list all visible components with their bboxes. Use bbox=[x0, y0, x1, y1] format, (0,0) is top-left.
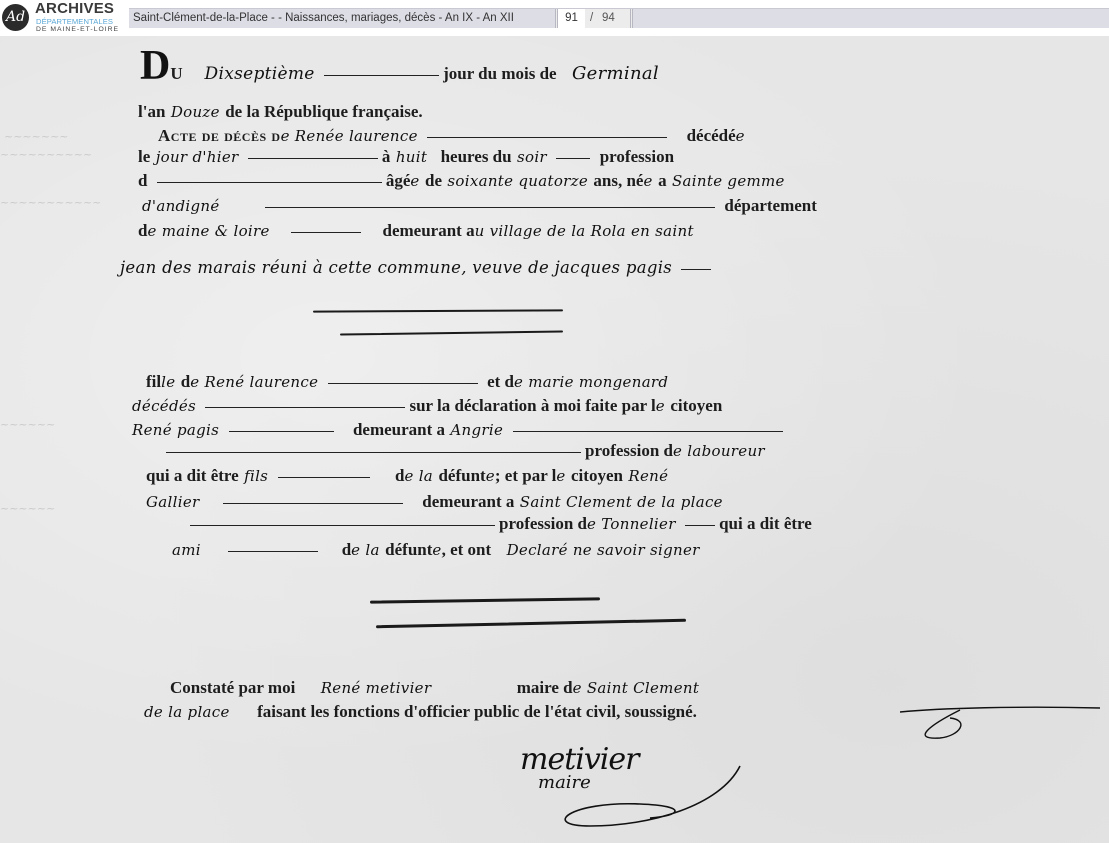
printed-text: d bbox=[342, 540, 351, 559]
handwritten-witness-residence: Saint Clement de la place bbox=[520, 493, 723, 511]
handwritten-father-name: e René laurence bbox=[190, 373, 318, 391]
bleed-through-text: ~~~~~~~~~~ bbox=[0, 148, 92, 161]
printed-text: profession bbox=[600, 147, 674, 166]
handwritten-time-of-day: soir bbox=[517, 148, 547, 166]
blank-line bbox=[291, 231, 361, 233]
printed-text: âgé bbox=[386, 171, 411, 190]
handwritten-suffix: e bbox=[410, 172, 419, 190]
handwritten-month: Germinal bbox=[572, 63, 659, 84]
printed-text: citoyen bbox=[670, 396, 722, 415]
form-line-14: Gallier demeurant a Saint Clement de la … bbox=[146, 492, 723, 512]
form-line-13: qui a dit être fils de la défunte; et pa… bbox=[146, 466, 668, 486]
printed-text: profession d bbox=[499, 514, 587, 533]
printed-text: et d bbox=[487, 372, 514, 391]
bleed-through-text: ~~~~~~ bbox=[0, 418, 55, 431]
blank-line bbox=[157, 181, 382, 183]
closing-stroke bbox=[340, 330, 563, 335]
handwritten-declarant-profession: e laboureur bbox=[673, 442, 765, 460]
blank-line bbox=[685, 524, 715, 526]
blank-line bbox=[556, 157, 590, 159]
blank-line bbox=[205, 406, 405, 408]
form-line-7: de maine & loire demeurant au village de… bbox=[138, 221, 694, 241]
form-line-16: ami de la défunte, et ont Declaré ne sav… bbox=[172, 540, 700, 560]
blank-line bbox=[190, 524, 495, 526]
printed-text: d bbox=[181, 372, 190, 391]
signature-paraph-icon bbox=[900, 700, 1100, 750]
handwritten-age: soixante quatorze bbox=[447, 172, 588, 190]
form-line-11: René pagis demeurant a Angrie bbox=[132, 420, 787, 440]
initial-letter: D bbox=[140, 43, 170, 89]
printed-text: Acte de décès d bbox=[158, 126, 281, 145]
scanned-page: ~~~~~~~ ~~~~~~~~~~ ~~~~~~~~~~~ ~~~~~~ ~~… bbox=[0, 36, 1109, 843]
form-line-2: l'an Douze de la République française. bbox=[138, 102, 423, 122]
form-line-10: décédés sur la déclaration à moi faite p… bbox=[132, 396, 722, 416]
form-line-15: profession de Tonnelier qui a dit être bbox=[186, 514, 812, 534]
printed-text: citoyen bbox=[571, 466, 623, 485]
handwritten-relation: fils bbox=[244, 467, 268, 485]
page-separator: / bbox=[590, 10, 593, 27]
printed-text: U bbox=[170, 64, 183, 83]
printed-text: sur la déclaration à moi faite par l bbox=[409, 396, 655, 415]
printed-text: ans, né bbox=[593, 171, 643, 190]
form-line-9: fille de René laurence et de marie monge… bbox=[146, 372, 668, 392]
printed-text: de la République française. bbox=[225, 102, 422, 121]
handwritten-birthplace-cont: d'andigné bbox=[142, 197, 220, 215]
printed-text: demeurant a bbox=[383, 221, 475, 240]
handwritten-department: e maine & loire bbox=[147, 222, 269, 240]
handwritten-parents-status: décédés bbox=[132, 397, 196, 415]
blank-line bbox=[427, 136, 667, 138]
blank-line bbox=[513, 430, 783, 432]
handwritten-mother-name: e marie mongenard bbox=[514, 373, 668, 391]
signature-flourish-icon bbox=[530, 756, 760, 836]
blank-line bbox=[278, 476, 370, 478]
handwritten-when: jour d'hier bbox=[156, 148, 239, 166]
handwritten-residence-cont: jean des marais réuni à cette commune, v… bbox=[120, 258, 672, 277]
handwritten-deceased-name: e Renée laurence bbox=[281, 127, 418, 145]
handwritten-hour: huit bbox=[396, 148, 427, 166]
document-title: Saint-Clément-de-la-Place - - Naissances… bbox=[133, 10, 514, 27]
handwritten-year: Douze bbox=[171, 103, 220, 121]
printed-text: maire d bbox=[517, 678, 573, 697]
title-bar: Saint-Clément-de-la-Place - - Naissances… bbox=[129, 8, 1109, 28]
form-line-12: profession de laboureur bbox=[162, 441, 765, 461]
handwritten-officer-name: René metivier bbox=[321, 679, 432, 697]
handwritten-suffix: e bbox=[486, 467, 495, 485]
closing-stroke bbox=[313, 309, 563, 312]
printed-text: Constaté par moi bbox=[170, 678, 295, 697]
handwritten-witness-lastname: Gallier bbox=[146, 493, 199, 511]
printed-text: d bbox=[138, 171, 147, 190]
page-number-input[interactable] bbox=[558, 9, 585, 28]
printed-text: de bbox=[425, 171, 442, 190]
printed-text: décédé bbox=[687, 126, 736, 145]
form-line-4: le jour d'hier à huit heures du soir pro… bbox=[138, 147, 674, 167]
form-line-3: Acte de décès de Renée laurence décédée bbox=[158, 126, 745, 146]
handwritten-day: Dixseptième bbox=[205, 64, 315, 84]
printed-text: a bbox=[658, 171, 667, 190]
blank-line bbox=[228, 550, 318, 552]
printed-text: à bbox=[382, 147, 391, 166]
bleed-through-text: ~~~~~~ bbox=[0, 502, 55, 515]
form-line-18: de la place faisant les fonctions d'offi… bbox=[144, 702, 697, 722]
handwritten-declarant-name: René pagis bbox=[132, 421, 219, 439]
form-line-5: d âgée de soixante quatorze ans, née a S… bbox=[138, 171, 785, 191]
printed-text: département bbox=[724, 196, 817, 215]
printed-text: le bbox=[138, 147, 150, 166]
handwritten-suffix: e bbox=[643, 172, 652, 190]
blank-line bbox=[166, 451, 581, 453]
bleed-through-text: ~~~~~~~~~~~ bbox=[0, 196, 101, 209]
logo-subtitle-1: DÉPARTEMENTALES bbox=[36, 17, 113, 26]
handwritten-witness-profession: e Tonnelier bbox=[587, 515, 676, 533]
printed-text: faisant les fonctions d'officier public … bbox=[257, 702, 697, 721]
handwritten-residence: u village de la Rola en saint bbox=[475, 222, 694, 240]
printed-text: défunt bbox=[385, 540, 432, 559]
handwritten-suffix: e bbox=[556, 467, 565, 485]
handwritten-commune: e Saint Clement bbox=[573, 679, 700, 697]
closing-stroke bbox=[370, 597, 600, 603]
handwritten-declaration: Declaré ne savoir signer bbox=[507, 541, 700, 559]
logo-badge-icon: Ad bbox=[2, 4, 29, 31]
blank-line bbox=[229, 430, 334, 432]
printed-text: demeurant a bbox=[422, 492, 514, 511]
printed-text: heures du bbox=[441, 147, 512, 166]
printed-text: l'an bbox=[138, 102, 165, 121]
form-line-6: d'andigné département bbox=[142, 196, 817, 216]
handwritten-suffix: e bbox=[432, 541, 441, 559]
logo-title: ARCHIVES bbox=[35, 1, 114, 16]
archives-logo[interactable]: Ad ARCHIVES DÉPARTEMENTALES DE MAINE-ET-… bbox=[0, 0, 130, 36]
document-viewer[interactable]: ~~~~~~~ ~~~~~~~~~~ ~~~~~~~~~~~ ~~~~~~ ~~… bbox=[0, 36, 1109, 843]
printed-text: ; et par l bbox=[495, 466, 557, 485]
form-line-1: DU Dixseptième jour du mois de Germinal bbox=[140, 56, 659, 84]
bleed-through-text: ~~~~~~~ bbox=[4, 130, 69, 143]
blank-line bbox=[248, 157, 378, 159]
handwritten-birthplace: Sainte gemme bbox=[672, 172, 785, 190]
printed-text: jour du mois de bbox=[443, 64, 557, 83]
handwritten-suffix: e bbox=[736, 127, 745, 145]
form-line-8: jean des marais réuni à cette commune, v… bbox=[120, 258, 715, 278]
handwritten-suffix: e la bbox=[351, 541, 380, 559]
handwritten-witness-relation: ami bbox=[172, 541, 201, 559]
printed-text: demeurant a bbox=[353, 420, 445, 439]
printed-text: qui a dit être bbox=[146, 466, 239, 485]
blank-line bbox=[328, 382, 478, 384]
handwritten-declarant-residence: Angrie bbox=[450, 421, 503, 439]
handwritten-suffix: e bbox=[656, 397, 665, 415]
printed-text: fil bbox=[146, 372, 161, 391]
blank-line bbox=[265, 206, 715, 208]
handwritten-suffix: e la bbox=[404, 467, 433, 485]
top-bar: Ad ARCHIVES DÉPARTEMENTALES DE MAINE-ET-… bbox=[0, 0, 1109, 36]
blank-line bbox=[324, 74, 439, 76]
handwritten-witness-firstname: René bbox=[628, 467, 668, 485]
logo-subtitle-2: DE MAINE-ET-LOIRE bbox=[36, 26, 119, 34]
printed-text: défunt bbox=[438, 466, 485, 485]
handwritten-suffix: le bbox=[161, 373, 175, 391]
page-navigator: / 94 bbox=[555, 9, 633, 28]
blank-line bbox=[681, 268, 711, 270]
printed-text: , et ont bbox=[442, 540, 492, 559]
page-total: 94 bbox=[602, 10, 615, 27]
printed-text: qui a dit être bbox=[719, 514, 812, 533]
blank-line bbox=[223, 502, 403, 504]
printed-text: profession d bbox=[585, 441, 673, 460]
closing-stroke bbox=[376, 619, 686, 628]
form-line-17: Constaté par moi René metivier maire de … bbox=[150, 678, 699, 698]
handwritten-commune-cont: de la place bbox=[144, 703, 230, 721]
